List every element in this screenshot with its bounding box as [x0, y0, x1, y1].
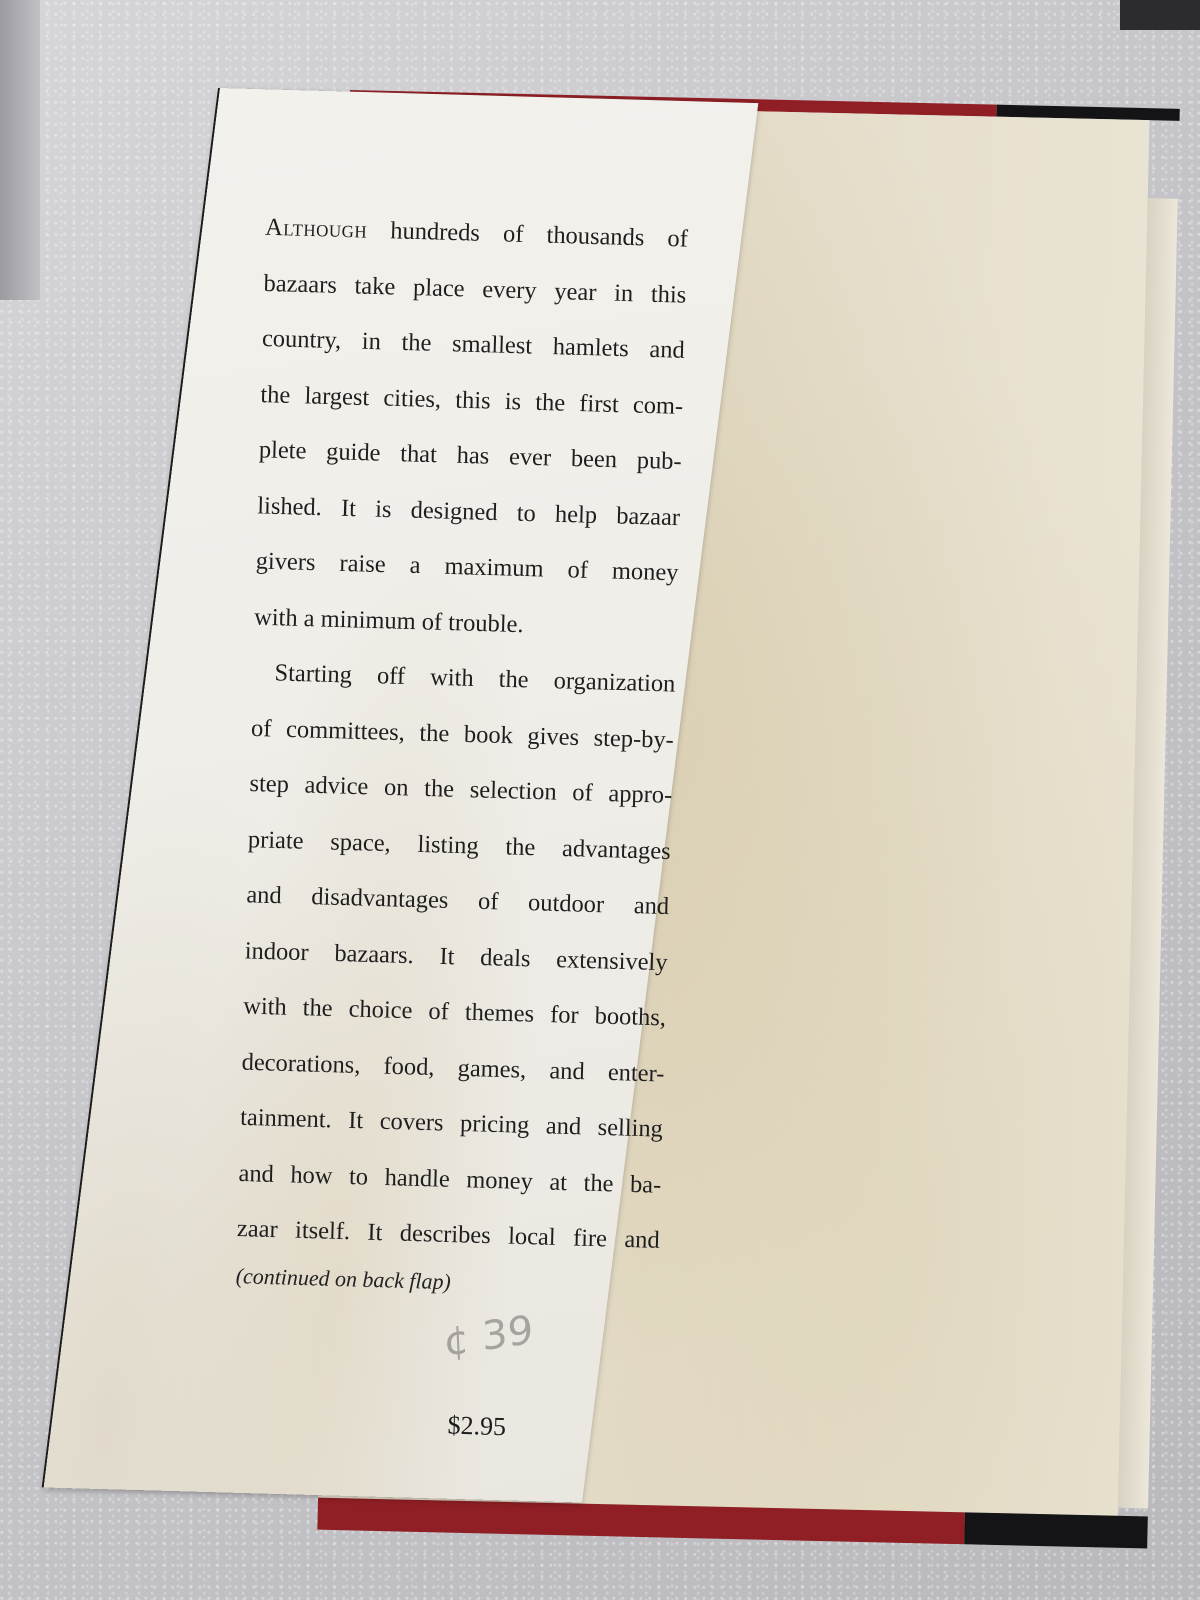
foam-packaging-corner: [1120, 0, 1200, 30]
foam-packaging-left: [0, 0, 40, 300]
flap-blurb: Although hundreds of thousands of bazaar…: [236, 200, 688, 1269]
continued-note: (continued on back flap): [132, 1260, 555, 1298]
lead-word: Although: [265, 214, 368, 244]
printed-price: $2.95: [447, 1410, 506, 1442]
pencil-price-mark: ¢ 39: [443, 1307, 535, 1366]
blurb-line: zaar itself. It describes local fire and: [236, 1201, 660, 1268]
board-black-spine: [965, 1512, 1148, 1548]
